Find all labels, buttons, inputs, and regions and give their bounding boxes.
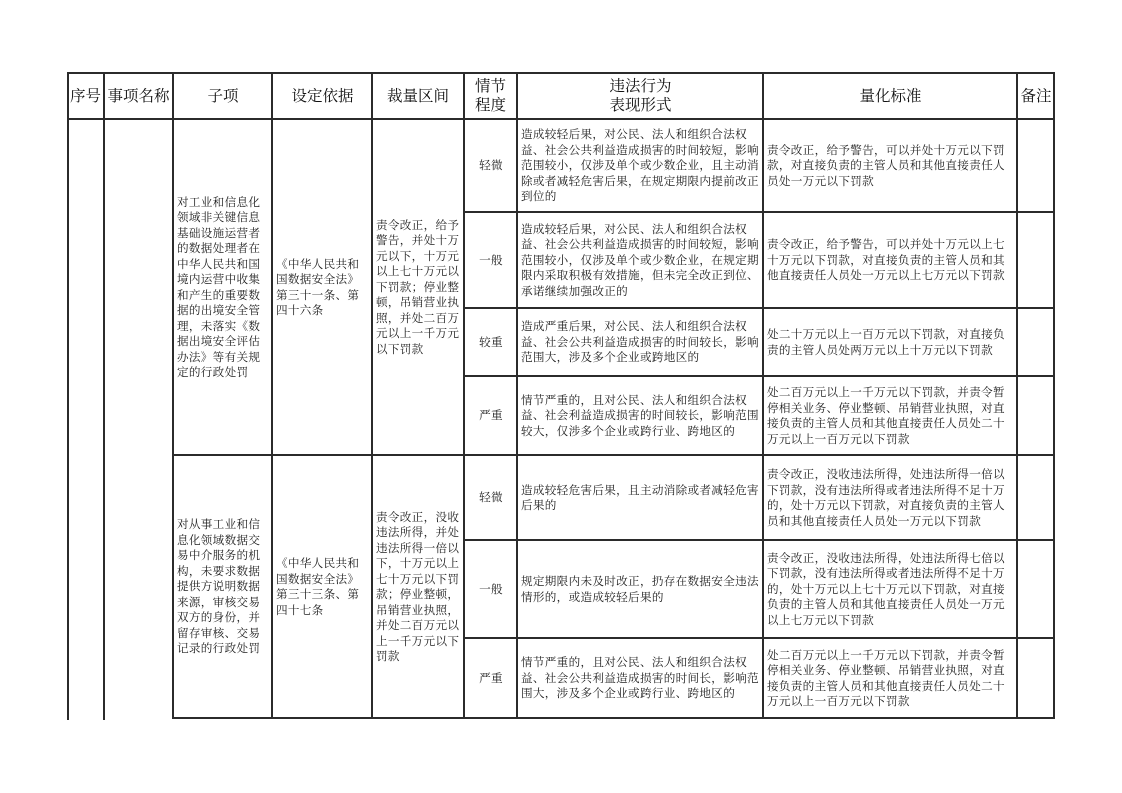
- header-standard: 量化标准: [764, 73, 1017, 119]
- degree-label: 一般: [479, 582, 503, 598]
- group2-row2-behavior: 规定期限内未及时改正，扔存在数据安全违法情形的，或造成较轻后果的: [518, 541, 763, 638]
- group1-row1-degree: 轻微: [464, 120, 517, 212]
- header-degree: 情节 程度: [464, 73, 517, 119]
- header-seq-label: 序号: [70, 87, 101, 106]
- group1-row3-remark: [1018, 309, 1054, 376]
- group1-basis-text: 《中华人民共和国数据安全法》第三十一条、第四十六条: [276, 257, 370, 319]
- col-border: [67, 72, 69, 720]
- group1-row2-remark: [1018, 213, 1054, 308]
- group2-row3-standard: 处二百万元以上一千万元以下罚款，并责令暂停相关业务、停业整顿、吊销营业执照，对直…: [764, 639, 1017, 718]
- standard-text: 责令改正，没收违法所得，处违法所得七倍以下罚款，没有违法所得或者违法所得不足十万…: [767, 551, 1015, 629]
- col-border: [172, 72, 174, 719]
- row-divider: [463, 307, 1055, 309]
- group1-range: 责令改正，给予警告，并处十万元以下，十万元以上七十万元以下罚款；停业整顿，吊销营…: [373, 120, 463, 455]
- group2-basis-text: 《中华人民共和国数据安全法》第三十三条、第四十七条: [276, 556, 370, 618]
- group2-row1-remark: [1018, 456, 1054, 540]
- header-degree-line1: 情节: [475, 77, 506, 96]
- header-behavior-line2: 表现形式: [609, 96, 671, 115]
- col-border: [762, 72, 764, 719]
- group2-row2-standard: 责令改正，没收违法所得，处违法所得七倍以下罚款，没有违法所得或者违法所得不足十万…: [764, 541, 1017, 638]
- group1-basis: 《中华人民共和国数据安全法》第三十一条、第四十六条: [273, 120, 372, 455]
- row-divider: [463, 637, 1055, 639]
- group2-range: 责令改正，没收违法所得，并处违法所得一倍以下，十万元以上七十万元以下罚款；停业整…: [373, 456, 463, 718]
- behavior-text: 造成较轻后果，对公民、法人和组织合法权益、社会公共利益造成损害的时间较短，影响范…: [521, 222, 761, 300]
- header-basis-label: 设定依据: [291, 87, 353, 106]
- group1-row2-degree: 一般: [464, 213, 517, 308]
- penalty-discretion-table: 序号 事项名称 子项 设定依据 裁量区间 情节 程度 违法行为 表现形式 量化标…: [0, 0, 1122, 793]
- header-range: 裁量区间: [373, 73, 463, 119]
- header-degree-line2: 程度: [475, 96, 506, 115]
- row-divider: [463, 539, 1055, 541]
- group2-row3-degree: 严重: [464, 639, 517, 718]
- header-standard-label: 量化标准: [859, 87, 921, 106]
- group2-row1-standard: 责令改正，没收违法所得，处违法所得一倍以下罚款，没有违法所得或者违法所得不足十万…: [764, 456, 1017, 540]
- behavior-text: 造成严重后果，对公民、法人和组织合法权益、社会公共利益造成损害的时间较长，影响范…: [521, 319, 761, 366]
- behavior-text: 情节严重的，且对公民、法人和组织合法权益、社会利益造成损害的时间较长，影响范围较…: [521, 393, 761, 440]
- header-sub-item: 子项: [174, 73, 272, 119]
- group2-row2-degree: 一般: [464, 541, 517, 638]
- group2-row2-remark: [1018, 541, 1054, 638]
- group1-sub-item-text: 对工业和信息化领域非关键信息基础设施运营者的数据处理者在中华人民共和国境内运营中…: [177, 195, 270, 381]
- behavior-text: 造成较轻危害后果，且主动消除或者减轻危害后果的: [521, 483, 761, 514]
- group1-row3-standard: 处二十万元以上一百万元以下罚款，对直接负责的主管人员处两万元以上十万元以下罚款: [764, 309, 1017, 376]
- col-border: [1016, 72, 1018, 719]
- col-border: [516, 72, 518, 719]
- table-bottom-border: [173, 717, 1055, 719]
- group1-row4-standard: 处二百万元以上一千万元以下罚款，并责令暂停相关业务、停业整顿、吊销营业执照，对直…: [764, 377, 1017, 455]
- standard-text: 处二十万元以上一百万元以下罚款，对直接负责的主管人员处两万元以上十万元以下罚款: [767, 327, 1015, 358]
- degree-label: 轻微: [479, 158, 503, 174]
- header-sub-item-label: 子项: [207, 87, 238, 106]
- table-right-border: [1053, 72, 1055, 719]
- group1-row1-standard: 责令改正，给予警告，可以并处十万元以下罚款，对直接负责的主管人员和其他直接责任人…: [764, 120, 1017, 212]
- standard-text: 责令改正，给予警告，可以并处十万元以下罚款，对直接负责的主管人员和其他直接责任人…: [767, 143, 1015, 190]
- standard-text: 责令改正，没收违法所得，处违法所得一倍以下罚款，没有违法所得或者违法所得不足十万…: [767, 467, 1015, 529]
- header-seq: 序号: [68, 73, 103, 119]
- group1-row2-standard: 责令改正，给予警告，可以并处十万元以上七十万元以下罚款，对直接负责的主管人员和其…: [764, 213, 1017, 308]
- degree-label: 一般: [479, 253, 503, 269]
- col-border: [371, 72, 373, 719]
- header-remark: 备注: [1018, 73, 1054, 119]
- header-basis: 设定依据: [273, 73, 372, 119]
- standard-text: 处二百万元以上一千万元以下罚款，并责令暂停相关业务、停业整顿、吊销营业执照，对直…: [767, 385, 1015, 447]
- group1-row4-degree: 严重: [464, 377, 517, 455]
- standard-text: 责令改正，给予警告，可以并处十万元以上七十万元以下罚款，对直接负责的主管人员和其…: [767, 237, 1015, 284]
- group-divider: [173, 454, 1055, 456]
- header-item-name-label: 事项名称: [107, 87, 169, 106]
- degree-label: 严重: [479, 408, 503, 424]
- header-range-label: 裁量区间: [387, 87, 449, 106]
- behavior-text: 规定期限内未及时改正，扔存在数据安全违法情形的，或造成较轻后果的: [521, 574, 761, 605]
- group2-row3-remark: [1018, 639, 1054, 718]
- group2-sub-item: 对从事工业和信息化领域数据交易中介服务的机构，未要求数据提供方说明数据来源，审核…: [174, 456, 272, 718]
- group2-range-text: 责令改正，没收违法所得，并处违法所得一倍以下，十万元以上七十万元以下罚款；停业整…: [376, 510, 461, 665]
- behavior-text: 情节严重的，且对公民、法人和组织合法权益、社会公共利益造成损害的时间长，影响范围…: [521, 655, 761, 702]
- header-behavior: 违法行为 表现形式: [518, 73, 763, 119]
- degree-label: 较重: [479, 335, 503, 351]
- col-border: [103, 72, 105, 720]
- col-border: [271, 72, 273, 719]
- group1-row3-degree: 较重: [464, 309, 517, 376]
- group2-row1-behavior: 造成较轻危害后果，且主动消除或者减轻危害后果的: [518, 456, 763, 540]
- header-bottom-border: [67, 118, 1055, 120]
- group1-range-text: 责令改正，给予警告，并处十万元以下，十万元以上七十万元以下罚款；停业整顿，吊销营…: [376, 218, 461, 358]
- group1-row1-behavior: 造成较轻后果，对公民、法人和组织合法权益、社会公共利益造成损害的时间较短，影响范…: [518, 120, 763, 212]
- header-behavior-line1: 违法行为: [609, 77, 671, 96]
- group1-row4-remark: [1018, 377, 1054, 455]
- group1-sub-item: 对工业和信息化领域非关键信息基础设施运营者的数据处理者在中华人民共和国境内运营中…: [174, 120, 272, 455]
- row-divider: [463, 211, 1055, 213]
- group2-sub-item-text: 对从事工业和信息化领域数据交易中介服务的机构，未要求数据提供方说明数据来源，审核…: [177, 517, 270, 657]
- header-item-name: 事项名称: [104, 73, 173, 119]
- row-divider: [463, 375, 1055, 377]
- group2-row1-degree: 轻微: [464, 456, 517, 540]
- group1-row1-remark: [1018, 120, 1054, 212]
- table-top-border: [67, 72, 1055, 74]
- col-border: [463, 72, 465, 719]
- header-remark-label: 备注: [1020, 87, 1051, 106]
- group1-row4-behavior: 情节严重的，且对公民、法人和组织合法权益、社会利益造成损害的时间较长，影响范围较…: [518, 377, 763, 455]
- degree-label: 严重: [479, 671, 503, 687]
- behavior-text: 造成较轻后果，对公民、法人和组织合法权益、社会公共利益造成损害的时间较短，影响范…: [521, 127, 761, 205]
- degree-label: 轻微: [479, 490, 503, 506]
- group1-row2-behavior: 造成较轻后果，对公民、法人和组织合法权益、社会公共利益造成损害的时间较短，影响范…: [518, 213, 763, 308]
- group2-row3-behavior: 情节严重的，且对公民、法人和组织合法权益、社会公共利益造成损害的时间长，影响范围…: [518, 639, 763, 718]
- standard-text: 处二百万元以上一千万元以下罚款，并责令暂停相关业务、停业整顿、吊销营业执照，对直…: [767, 648, 1015, 710]
- group1-row3-behavior: 造成严重后果，对公民、法人和组织合法权益、社会公共利益造成损害的时间较长，影响范…: [518, 309, 763, 376]
- group2-basis: 《中华人民共和国数据安全法》第三十三条、第四十七条: [273, 456, 372, 718]
